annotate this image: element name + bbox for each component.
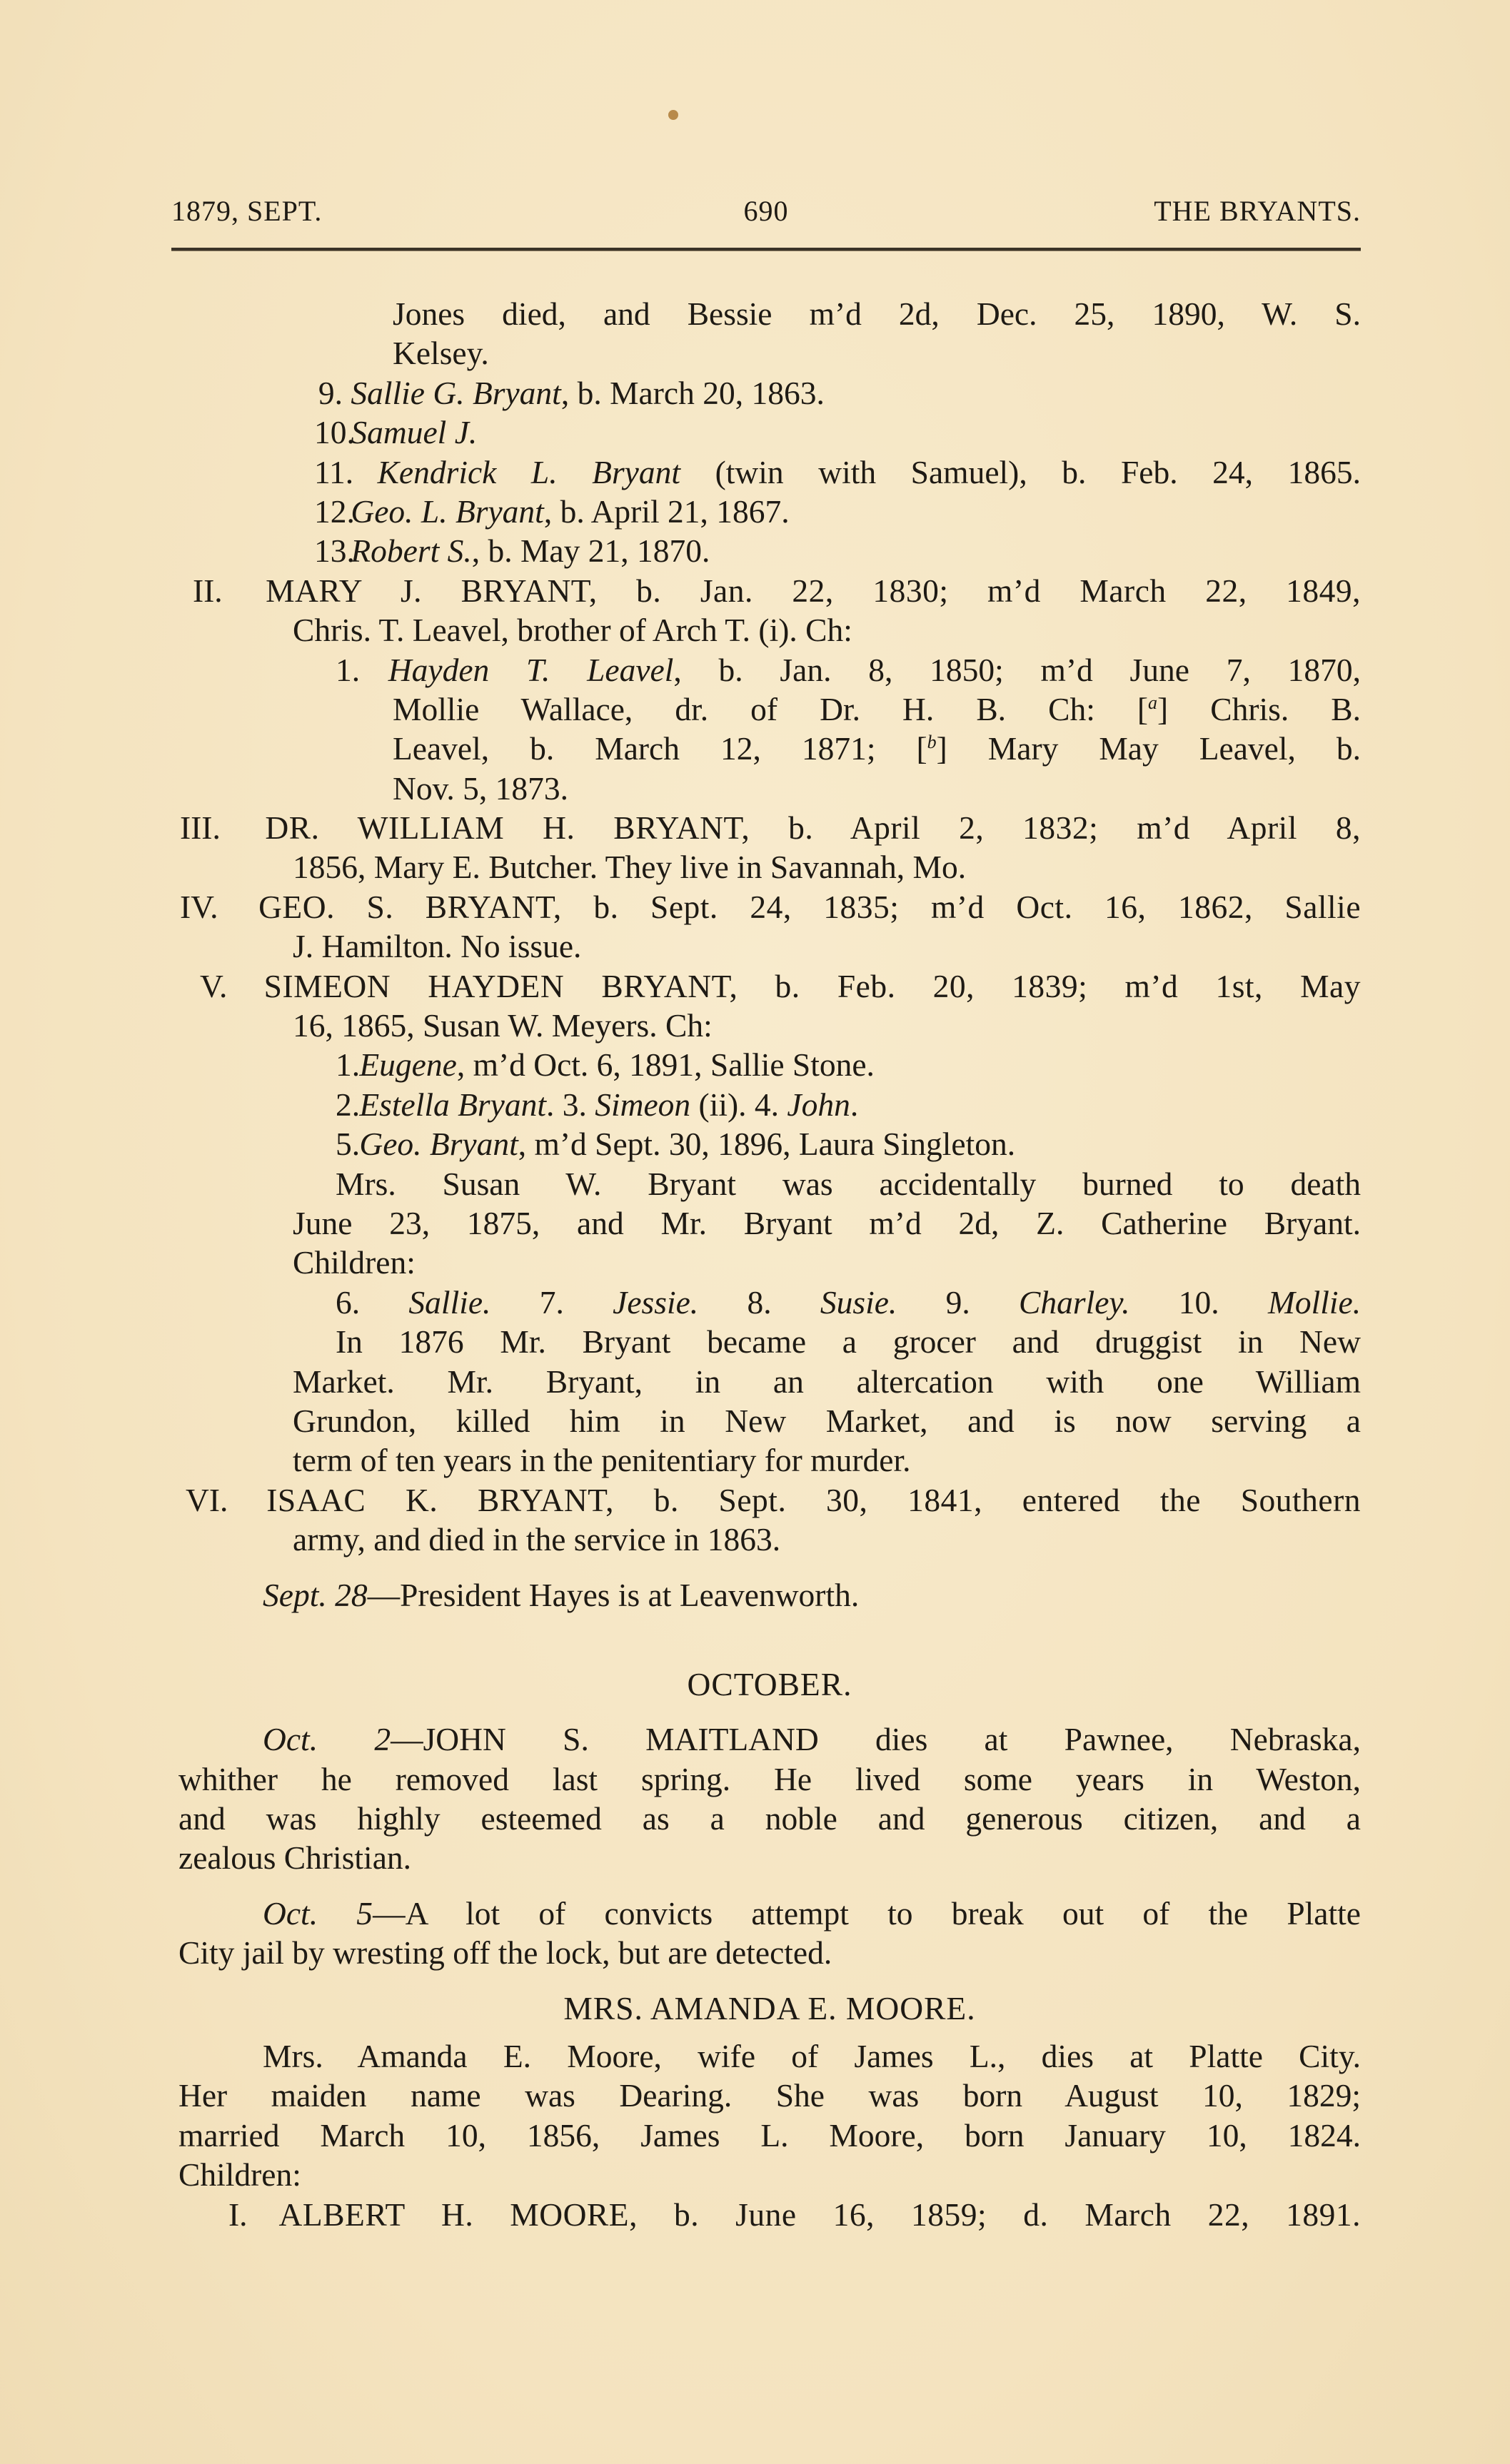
text-line: Kelsey. — [393, 333, 1361, 373]
child-entry: 12. Geo. L. Bryant, b. April 21, 1867. — [314, 492, 1361, 531]
text-line: In 1876 Mr. Bryant became a grocer and d… — [336, 1322, 1361, 1361]
text-line: Nov. 5, 1873. — [393, 769, 1361, 808]
family-entry: IV. GEO. S. BRYANT, b. Sept. 24, 1835; m… — [180, 887, 1361, 926]
child-entry: 9. Sallie G. Bryant, b. March 20, 1863. — [314, 373, 1361, 413]
text-line: Children: — [293, 1243, 1361, 1282]
running-head: 1879, SEPT. 690 THE BRYANTS. — [171, 194, 1361, 230]
text-line: Chris. T. Leavel, brother of Arch T. (i)… — [293, 610, 1361, 650]
child-entry: 2. Estella Bryant. 3. Simeon (ii). 4. Jo… — [336, 1085, 1361, 1124]
child-name: Geo. L. Bryant — [351, 493, 543, 530]
text-line: 1856, Mary E. Butcher. They live in Sava… — [293, 847, 1361, 887]
family-entry: VI. ISAAC K. BRYANT, b. Sept. 30, 1841, … — [186, 1480, 1361, 1520]
child-name: Robert S. — [351, 532, 471, 569]
entry-date: Sept. 28 — [263, 1577, 368, 1613]
dated-entry: Sept. 28—President Hayes is at Leavenwor… — [263, 1575, 1361, 1615]
child-name: Sallie G. Bryant — [351, 375, 560, 411]
child-name: Samuel J. — [351, 414, 477, 450]
text-line: Grundon, killed him in New Market, and i… — [293, 1401, 1361, 1440]
text-line: Mrs. Susan W. Bryant was accidentally bu… — [336, 1164, 1361, 1203]
text-line: army, and died in the service in 1863. — [293, 1520, 1361, 1559]
child-name: John — [787, 1086, 850, 1123]
family-entry: III. DR. WILLIAM H. BRYANT, b. April 2, … — [180, 808, 1361, 847]
text-line: Mrs. Amanda E. Moore, wife of James L., … — [263, 2036, 1361, 2076]
child-name: Simeon — [595, 1086, 690, 1123]
text-line: Jones died, and Bessie m’d 2d, Dec. 25, … — [393, 294, 1361, 333]
section-heading-october: OCTOBER. — [178, 1665, 1361, 1704]
child-name: Geo. Bryant — [359, 1126, 518, 1162]
text-line: J. Hamilton. No issue. — [293, 926, 1361, 966]
child-entry: 11. Kendrick L. Bryant (twin with Samuel… — [314, 453, 1361, 492]
text-line: term of ten years in the penitentiary fo… — [293, 1440, 1361, 1480]
text-line: Children: — [178, 2155, 1361, 2194]
header-rule — [171, 248, 1361, 251]
text-line: Her maiden name was Dearing. She was bor… — [178, 2076, 1361, 2115]
child-entry: 10. Samuel J. — [314, 413, 1361, 452]
entry-date: Oct. 5 — [263, 1895, 373, 1932]
family-entry: I. ALBERT H. MOORE, b. June 16, 1859; d.… — [228, 2195, 1361, 2234]
family-entry: V. SIMEON HAYDEN BRYANT, b. Feb. 20, 183… — [200, 966, 1361, 1006]
children-list: 6. Sallie. 7. Jessie. 8. Susie. 9. Charl… — [336, 1283, 1361, 1322]
text-line: Leavel, b. March 12, 1871; [b] Mary May … — [393, 729, 1361, 768]
running-head-title: THE BRYANTS. — [1154, 194, 1361, 228]
child-name: Kendrick L. Bryant — [378, 454, 680, 490]
page-body: Jones died, and Bessie m’d 2d, Dec. 25, … — [178, 294, 1361, 2234]
text-line: zealous Christian. — [178, 1838, 1361, 1877]
child-entry: 1. Eugene, m’d Oct. 6, 1891, Sallie Ston… — [336, 1045, 1361, 1084]
child-name: Hayden T. Leavel — [388, 652, 674, 688]
child-entry: 1. Hayden T. Leavel, b. Jan. 8, 1850; m’… — [336, 650, 1361, 690]
child-entry: 13. Robert S., b. May 21, 1870. — [314, 531, 1361, 570]
paper-speck — [668, 110, 678, 120]
section-heading-moore: MRS. AMANDA E. MOORE. — [178, 1989, 1361, 2028]
dated-entry: Oct. 2—JOHN S. MAITLAND dies at Pawnee, … — [263, 1720, 1361, 1759]
text-line: June 23, 1875, and Mr. Bryant m’d 2d, Z.… — [293, 1203, 1361, 1243]
text-line: Market. Mr. Bryant, in an altercation wi… — [293, 1362, 1361, 1401]
text-line: whither he removed last spring. He lived… — [178, 1759, 1361, 1799]
text-line: City jail by wresting off the lock, but … — [178, 1933, 1361, 1972]
child-name: Eugene — [359, 1046, 456, 1083]
dated-entry: Oct. 5—A lot of convicts attempt to brea… — [263, 1894, 1361, 1933]
child-entry: 5. Geo. Bryant, m’d Sept. 30, 1896, Laur… — [336, 1124, 1361, 1163]
child-name: Estella Bryant — [359, 1086, 546, 1123]
text-line: 16, 1865, Susan W. Meyers. Ch: — [293, 1006, 1361, 1045]
text-line: married March 10, 1856, James L. Moore, … — [178, 2116, 1361, 2155]
text-line: Mollie Wallace, dr. of Dr. H. B. Ch: [a]… — [393, 690, 1361, 729]
family-entry: II. MARY J. BRYANT, b. Jan. 22, 1830; m’… — [193, 571, 1361, 610]
entry-date: Oct. 2 — [263, 1721, 391, 1757]
text-line: and was highly esteemed as a noble and g… — [178, 1799, 1361, 1838]
